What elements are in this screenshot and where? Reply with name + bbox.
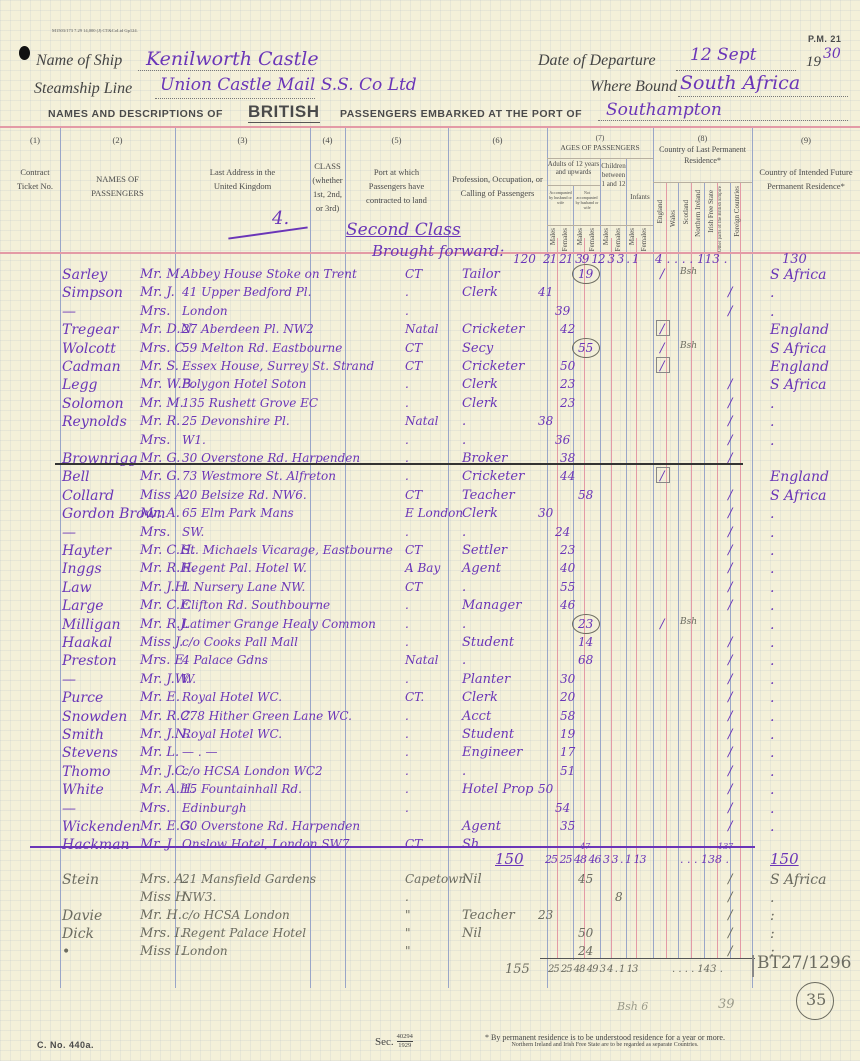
future-residence: .: [770, 561, 774, 577]
occupation: Nil: [462, 926, 482, 941]
occupation: Settler: [462, 543, 507, 558]
residence-tick: /: [728, 782, 732, 797]
passenger-initials: Mrs.: [140, 525, 170, 540]
passenger-surname: Wolcott: [62, 341, 116, 357]
residence-tick: /: [728, 396, 732, 411]
age-circle-mark: [572, 614, 600, 634]
future-residence: England: [770, 322, 829, 338]
future-residence: .: [770, 819, 774, 835]
passenger-address: 1 Nursery Lane NW.: [182, 580, 305, 594]
occupation: Acct: [462, 709, 491, 724]
landing-port: .: [405, 635, 409, 649]
col2-header: (2) NAMES OF PASSENGERS: [60, 133, 175, 200]
future-residence: :: [770, 908, 775, 924]
ship-name: Kenilworth Castle: [146, 48, 319, 70]
occupation: Clerk: [462, 377, 498, 392]
occupation: Secy: [462, 341, 493, 356]
where-bound: South Africa: [680, 72, 800, 94]
passenger-address: 15 Fountainhall Rd.: [182, 782, 302, 796]
future-residence: .: [770, 653, 774, 669]
landing-port: CT: [405, 580, 422, 594]
passenger-row: ThomoMr. J.C.c/o HCSA London WC2...51/: [0, 764, 860, 784]
passenger-address: c/o HCSA London: [182, 908, 290, 922]
country-n-ireland: Northern Ireland: [694, 190, 702, 237]
col6-label: Profession, Occupation, or Calling of Pa…: [448, 172, 547, 200]
line-field-line: [155, 98, 315, 99]
passenger-row: BrownriggMr. G.30 Overstone Rd. Harpende…: [0, 451, 860, 471]
passenger-row: TregearMr. D.N.27 Aberdeen Pl. NW2NatalC…: [0, 322, 860, 342]
passenger-row: LeggMr. W.B.Polygon Hotel Soton.ClerkS A…: [0, 377, 860, 397]
occupation: .: [462, 414, 466, 429]
passenger-address: Regent Palace Hotel: [182, 926, 306, 940]
passenger-surname: Simpson: [62, 285, 123, 301]
passenger-surname: Stein: [62, 872, 99, 888]
occupation: Student: [462, 727, 514, 742]
passenger-surname: Hayter: [62, 543, 111, 559]
col1-header: (1) Contract Ticket No.: [10, 133, 60, 193]
steamship-line: Union Castle Mail S.S. Co Ltd: [160, 75, 417, 95]
landing-port: .: [405, 782, 409, 796]
passenger-initials: Mrs. C.: [140, 341, 188, 356]
residence-tick: /: [728, 819, 732, 834]
passenger-surname: Legg: [62, 377, 98, 393]
future-residence: .: [770, 801, 774, 817]
occupation: Student: [462, 635, 514, 650]
form-id: P.M. 21: [808, 34, 841, 44]
infants-header: Infants: [627, 190, 653, 204]
passenger-address: NW3.: [182, 890, 216, 904]
brought-forward-residence: 4 . . . . 113 .: [655, 252, 728, 266]
future-residence: .: [770, 396, 774, 412]
landing-port: Natal: [405, 653, 438, 667]
passenger-address: Latimer Grange Healy Common: [182, 617, 376, 631]
future-residence: .: [770, 543, 774, 559]
pencil-annotation: Bsh: [680, 617, 697, 627]
passenger-initials: Miss J.: [140, 635, 183, 650]
occupation: Planter: [462, 672, 510, 687]
brought-forward-count: 120: [513, 252, 536, 266]
ship-label: Name of Ship: [36, 52, 122, 70]
passenger-age: 23: [560, 543, 575, 557]
passenger-row: WhiteMr. A.H.15 Fountainhall Rd..Hotel P…: [0, 782, 860, 802]
col6-header: (6) Profession, Occupation, or Calling o…: [448, 133, 547, 200]
passenger-surname: Thomo: [62, 764, 111, 780]
landing-port: A Bay: [405, 561, 440, 575]
passenger-surname: —: [62, 525, 76, 541]
passenger-age: 44: [560, 469, 575, 483]
residence-tick: /: [728, 488, 732, 503]
subtotal-rule: [30, 846, 755, 848]
subtotal-residence: . . . 138 .: [680, 853, 729, 866]
passenger-address: 21 Mansfield Gardens: [182, 872, 316, 886]
future-residence: .: [770, 727, 774, 743]
sheet-number: 4.: [272, 208, 289, 229]
accompanied-header: Accompanied by husband or wife: [548, 190, 573, 205]
passenger-surname: —: [62, 672, 76, 688]
passenger-row: CollardMiss A.20 Belsize Rd. NW6.CTTeach…: [0, 488, 860, 508]
passenger-address: Abbey House Stoke on Trent: [182, 267, 357, 281]
footnote: * By permanent residence is to be unders…: [455, 1033, 755, 1048]
subtotal-ages-over: 47: [580, 842, 590, 851]
residence-tick: /: [728, 506, 732, 521]
country-irish-free-state: Irish Free State: [707, 190, 715, 233]
col9-label: Country of Intended Future Permanent Res…: [752, 165, 860, 193]
future-residence: .: [770, 709, 774, 725]
passenger-address: Royal Hotel WC.: [182, 690, 282, 704]
passenger-surname: Milligan: [62, 617, 121, 633]
landing-port: Capetown: [405, 872, 466, 886]
passenger-row: Miss H.NW3...8/: [0, 890, 860, 910]
landing-port: .: [405, 469, 409, 483]
age-circle-mark: [572, 338, 600, 358]
passenger-surname: Dick: [62, 926, 94, 942]
col7-num: (7): [547, 133, 653, 143]
passenger-age: 41: [538, 285, 553, 299]
children-header: Children between 1 and 12: [601, 162, 626, 189]
passenger-age: 50: [578, 926, 593, 940]
col8-header: (8) Country of Last Permanent Residence*: [653, 133, 752, 166]
col7-label: AGES OF PASSENGERS: [547, 143, 653, 153]
col9-header: (9) Country of Intended Future Permanent…: [752, 133, 860, 193]
future-residence: .: [770, 580, 774, 596]
passenger-surname: Haakal: [62, 635, 112, 651]
passenger-row: SnowdenMr. R.C.278 Hither Green Lane WC.…: [0, 709, 860, 729]
future-residence: .: [770, 690, 774, 706]
future-residence: S Africa: [770, 872, 826, 888]
passenger-age: 19: [560, 727, 575, 741]
passenger-surname: Bell: [62, 469, 90, 485]
passenger-age: 36: [555, 433, 570, 447]
residence-box-mark: [656, 357, 670, 373]
passenger-surname: •: [62, 944, 70, 960]
future-residence: .: [770, 890, 774, 906]
grand-total-ages: 25 25 48 49 3 4 . 1 13: [548, 964, 637, 975]
passenger-surname: —: [62, 801, 76, 817]
passenger-surname: Solomon: [62, 396, 124, 412]
pencil-annotation: Bsh: [680, 341, 697, 351]
residence-tick: /: [728, 598, 732, 613]
footnote-line1: * By permanent residence is to be unders…: [455, 1033, 755, 1042]
passenger-address: Polygon Hotel Soton: [182, 377, 306, 391]
landing-port: .: [405, 745, 409, 759]
class-note: Second Class: [346, 220, 461, 240]
pencil-note-2: 39: [718, 997, 735, 1012]
passenger-row: •Miss I.London":24/: [0, 944, 860, 964]
passenger-address: SW.: [182, 525, 204, 539]
passenger-initials: Mr. A.: [140, 506, 180, 521]
passenger-age: 40: [560, 561, 575, 575]
passenger-age: 39: [555, 304, 570, 318]
archive-reference: BT27/1296: [757, 953, 851, 973]
passenger-address: W1.: [182, 433, 206, 447]
passenger-age: 58: [578, 488, 593, 502]
passenger-address: 4 Palace Gdns: [182, 653, 268, 667]
port-field-line: [598, 120, 848, 121]
col2-num: (2): [60, 133, 175, 147]
occupation: .: [462, 525, 466, 540]
col3-num: (3): [175, 133, 310, 147]
future-residence: .: [770, 304, 774, 320]
passenger-row: HaakalMiss J.c/o Cooks Pall Mall.Student…: [0, 635, 860, 655]
passenger-initials: Mr. E.: [140, 690, 180, 705]
col1-label: Contract Ticket No.: [10, 165, 60, 193]
ship-field-line: [138, 70, 313, 71]
passenger-age: 46: [560, 598, 575, 612]
passenger-age: 30: [538, 506, 553, 520]
passenger-row: HayterMr. C.H.St. Michaels Vicarage, Eas…: [0, 543, 860, 563]
residence-tick: /: [728, 764, 732, 779]
landing-port: .: [405, 525, 409, 539]
future-residence: S Africa: [770, 488, 826, 504]
landing-port: .: [405, 304, 409, 318]
future-residence: S Africa: [770, 267, 826, 283]
passenger-initials: Mr. G.: [140, 469, 180, 484]
passenger-address: Clifton Rd. Southbourne: [182, 598, 330, 612]
passenger-surname: Sarley: [62, 267, 107, 283]
passenger-row: DavieMr. H.c/o HCSA London"Teacher:23/: [0, 908, 860, 928]
passenger-initials: Mrs.: [140, 304, 170, 319]
occupation: Manager: [462, 598, 521, 613]
subtotal-ages: 25 25 48 46 3 3 . 1 13: [545, 853, 645, 866]
passenger-initials: Mr. M.: [140, 267, 184, 282]
landing-port: Natal: [405, 322, 438, 336]
passenger-age: 50: [538, 782, 553, 796]
pencil-annotation: Bsh: [680, 267, 697, 277]
col3-label: Last Address in the United Kingdom: [175, 165, 310, 193]
passenger-surname: Brownrigg: [62, 451, 138, 467]
residence-tick: /: [728, 653, 732, 668]
passenger-age: 50: [560, 359, 575, 373]
landing-port: .: [405, 672, 409, 686]
future-residence: .: [770, 598, 774, 614]
landing-port: .: [405, 617, 409, 631]
not-accompanied-header: Not accompanied by husband or wife: [574, 190, 600, 210]
col8-label: Country of Last Permanent Residence*: [653, 144, 752, 166]
subtotal-row: 150 25 25 48 46 3 3 . 1 13 47 . . . 138 …: [0, 850, 860, 870]
passenger-address: St. Michaels Vicarage, Eastbourne: [182, 543, 393, 557]
future-residence: England: [770, 469, 829, 485]
passenger-surname: —: [62, 304, 76, 320]
passenger-address: 30 Overstone Rd. Harpenden: [182, 819, 360, 833]
occupation: Cricketer: [462, 359, 524, 374]
subtotal-future: 150: [770, 850, 799, 868]
passenger-age: 23: [538, 908, 553, 922]
passenger-row: PurceMr. E.Royal Hotel WC.CT.Clerk.20/: [0, 690, 860, 710]
passenger-row: LargeMr. C.F.Clifton Rd. Southbourne.Man…: [0, 598, 860, 618]
future-residence: .: [770, 635, 774, 651]
country-foreign: Foreign Countries: [733, 186, 741, 237]
occupation: Agent: [462, 561, 501, 576]
future-residence: .: [770, 672, 774, 688]
archive-ref-bracket: [752, 955, 754, 977]
passenger-address: London: [182, 304, 228, 318]
bound-field-line: [678, 96, 848, 97]
occupation: Clerk: [462, 396, 498, 411]
sheet-number-underline: [228, 226, 307, 239]
passenger-address: Regent Pal. Hotel W.: [182, 561, 307, 575]
country-scotland: Scotland: [682, 200, 690, 225]
passenger-surname: Snowden: [62, 709, 127, 725]
residence-tick: /: [728, 525, 732, 540]
landing-port: .: [405, 709, 409, 723]
occupation: Clerk: [462, 285, 498, 300]
future-residence: S Africa: [770, 341, 826, 357]
landing-port: .: [405, 727, 409, 741]
passenger-age: 23: [560, 396, 575, 410]
passenger-age: 35: [560, 819, 575, 833]
passenger-initials: Mr. H.: [140, 908, 182, 923]
year-prefix: 19: [806, 54, 821, 71]
passenger-age: 24: [555, 525, 570, 539]
departure-date: 12 Sept: [690, 45, 756, 65]
future-residence: England: [770, 359, 829, 375]
passenger-surname: Reynolds: [62, 414, 127, 430]
residence-tick: /: [728, 690, 732, 705]
passenger-age: 45: [578, 872, 593, 886]
passenger-initials: Mr. J.: [140, 285, 175, 300]
subtotal-residence-over: 137: [718, 842, 733, 851]
col4-num: (4): [310, 133, 345, 147]
future-residence: .: [770, 506, 774, 522]
passenger-row: SteinMrs. A.21 Mansfield GardensCapetown…: [0, 872, 860, 892]
passenger-initials: Mrs.: [140, 433, 170, 448]
passenger-age: 42: [560, 322, 575, 336]
passenger-initials: Mr. S.: [140, 359, 179, 374]
passenger-surname: Smith: [62, 727, 104, 743]
passenger-age: 8: [615, 890, 623, 904]
age-circle-mark: [572, 264, 600, 284]
sec-reference: Sec. 40294 1929: [375, 1033, 413, 1050]
passenger-surname: Wickenden: [62, 819, 141, 835]
passenger-address: 27 Aberdeen Pl. NW2: [182, 322, 314, 336]
brought-forward-row: Brought forward: 120 21 21 39 12 3 3 . 1…: [0, 242, 860, 262]
passenger-address: 135 Rushett Grove EC: [182, 396, 318, 410]
occupation: Teacher: [462, 908, 515, 923]
residence-box-mark: [656, 467, 670, 483]
col4-header: (4) CLASS (whether 1st, 2nd, or 3rd): [310, 133, 345, 215]
passenger-surname: Cadman: [62, 359, 121, 375]
col4-label: CLASS (whether 1st, 2nd, or 3rd): [310, 159, 345, 215]
residence-tick: /: [728, 672, 732, 687]
passenger-address: 20 Belsize Rd. NW6.: [182, 488, 307, 502]
adults-header: Adults of 12 years and upwards: [547, 160, 600, 176]
brought-forward-future: 130: [782, 252, 807, 267]
passenger-age: 58: [560, 709, 575, 723]
passenger-surname: Purce: [62, 690, 103, 706]
residence-tick: /: [728, 377, 732, 392]
title-part2: PASSENGERS EMBARKED AT THE PORT OF: [340, 108, 582, 120]
sec-fraction: 40294 1929: [397, 1033, 413, 1050]
passenger-surname: Stevens: [62, 745, 118, 761]
landing-port: ": [405, 944, 411, 958]
passenger-age: 54: [555, 801, 570, 815]
occupation: .: [462, 580, 466, 595]
occupation: Engineer: [462, 745, 522, 760]
future-residence: .: [770, 285, 774, 301]
passenger-initials: Mr. R.: [140, 414, 180, 429]
residence-tick: /: [728, 414, 732, 429]
residence-tick: /: [728, 561, 732, 576]
landing-port: CT: [405, 488, 422, 502]
occupation: .: [462, 617, 466, 632]
landing-port: .: [405, 890, 409, 904]
landing-port: CT.: [405, 690, 424, 704]
landing-port: ": [405, 926, 411, 940]
passenger-row: WolcottMrs. C.59 Melton Rd. EastbourneCT…: [0, 341, 860, 361]
occupation: .: [462, 653, 466, 668]
sec-num: 40294: [397, 1033, 413, 1042]
residence-tick: /: [728, 635, 732, 650]
passenger-address: c/o Cooks Pall Mall: [182, 635, 298, 649]
punch-hole: [19, 46, 30, 60]
landing-port: CT: [405, 359, 422, 373]
grand-total-rule: [540, 958, 755, 959]
landing-port: E London: [405, 506, 463, 520]
passenger-initials: Mrs. E.: [140, 653, 188, 668]
passenger-row: MilliganMr. R.J.Latimer Grange Healy Com…: [0, 617, 860, 637]
future-residence: .: [770, 525, 774, 541]
departure-label: Date of Departure: [538, 52, 656, 70]
passenger-initials: Mrs. I.: [140, 926, 184, 941]
occupation: Clerk: [462, 506, 498, 521]
passenger-row: SmithMr. J.N.Royal Hotel WC..Student.19/: [0, 727, 860, 747]
occupation: Cricketer: [462, 322, 524, 337]
brought-forward-label: Brought forward:: [372, 242, 504, 260]
occupation: Tailor: [462, 267, 500, 282]
passenger-age: 24: [578, 944, 593, 958]
passenger-age: 30: [560, 672, 575, 686]
passenger-age: 17: [560, 745, 575, 759]
landing-port: CT: [405, 341, 422, 355]
occupation: Nil: [462, 872, 482, 887]
grand-total-count: 155: [505, 962, 530, 977]
passenger-address: 25 Devonshire Pl.: [182, 414, 290, 428]
passenger-address: 65 Elm Park Mans: [182, 506, 294, 520]
landing-port: .: [405, 598, 409, 612]
landing-port: .: [405, 801, 409, 815]
landing-port: CT: [405, 267, 422, 281]
passenger-address: Edinburgh: [182, 801, 247, 815]
col5-header: (5) Port at which Passengers have contra…: [345, 133, 448, 207]
passenger-surname: Preston: [62, 653, 117, 669]
passenger-address: 73 Westmore St. Alfreton: [182, 469, 336, 483]
landing-port: Natal: [405, 414, 438, 428]
passenger-age: 14: [578, 635, 593, 649]
passenger-address: 59 Melton Rd. Eastbourne: [182, 341, 342, 355]
passenger-age: 20: [560, 690, 575, 704]
footnote-line2: Northern Ireland and Irish Free State ar…: [455, 1042, 755, 1048]
col5-label: Port at which Passengers have contracted…: [345, 165, 448, 207]
passenger-row: —Mrs.London..39/: [0, 304, 860, 324]
occupation: Teacher: [462, 488, 515, 503]
passenger-row: —Mrs.SW....24/: [0, 525, 860, 545]
passenger-row: SimpsonMr. J.41 Upper Bedford Pl..Clerk.…: [0, 285, 860, 305]
strike-line: [55, 463, 743, 465]
residence-tick: /: [728, 285, 732, 300]
passenger-initials: Miss I.: [140, 944, 184, 959]
future-residence: .: [770, 782, 774, 798]
pencil-note: Bsh 6: [617, 1000, 648, 1013]
residence-tick: /: [728, 801, 732, 816]
sec-label: Sec.: [375, 1036, 394, 1048]
col2-label: NAMES OF PASSENGERS: [60, 172, 175, 200]
sec-den: 1929: [398, 1042, 411, 1050]
passenger-row: SolomonMr. M.135 Rushett Grove EC.Clerk.…: [0, 396, 860, 416]
col8-num: (8): [653, 133, 752, 144]
future-residence: S Africa: [770, 377, 826, 393]
passenger-row: —Mr. J.W.W..Planter.30/: [0, 672, 860, 692]
passenger-surname: Tregear: [62, 322, 119, 338]
